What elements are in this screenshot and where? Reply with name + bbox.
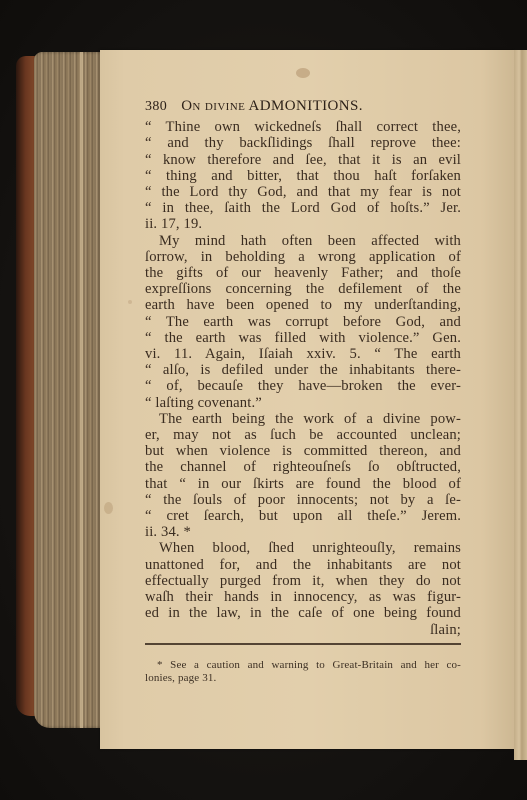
text-line: expreſſions concerning the defilement of…: [145, 281, 461, 297]
text-line: When blood, ſhed unrighteouſly, remains: [145, 540, 461, 556]
right-page-edge: [514, 50, 527, 760]
text-line: ii. 17, 19.: [145, 216, 461, 232]
text-line: “ alſo, is defiled under the inhabitants…: [145, 362, 461, 378]
footnote-line: lonies, page 31.: [145, 672, 461, 685]
foxing-spot: [128, 300, 132, 304]
footnote: * See a caution and warning to Great-Bri…: [145, 659, 461, 685]
text-line: ii. 34. *: [145, 524, 461, 540]
text-line: “ the ſouls of poor innocents; not by a …: [145, 492, 461, 508]
text-line: “ thing and bitter, that thou haſt forſa…: [145, 168, 461, 184]
page-number: 380: [145, 99, 167, 115]
text-line: waſh their hands in innocency, as was fi…: [145, 589, 461, 605]
text-line: “ laſting covenant.”: [145, 395, 461, 411]
text-line: ed in the law, in the caſe of one being …: [145, 605, 461, 621]
text-line: ſorrow, in beholding a wrong application…: [145, 249, 461, 265]
chapter-title: On divine ADMONITIONS.: [181, 98, 363, 114]
foxing-spot: [296, 68, 310, 78]
text-line: “ in thee, ſaith the Lord God of hoſts.”…: [145, 200, 461, 216]
text-line: the channel of righteouſneſs ſo obſtruct…: [145, 459, 461, 475]
text-line: “ the Lord thy God, and that my fear is …: [145, 184, 461, 200]
text-line: but when violence is committed thereon, …: [145, 443, 461, 459]
text-line: My mind hath often been affected with: [145, 233, 461, 249]
text-line: ſlain;: [145, 622, 461, 638]
text-line: earth have been opened to my underſtandi…: [145, 297, 461, 313]
body-text: “ Thine own wickedneſs ſhall correct the…: [145, 119, 461, 638]
foxing-spot: [104, 502, 113, 514]
running-head: 380 On divine ADMONITIONS.: [145, 98, 461, 115]
text-line: the gifts of our heavenly Father; and th…: [145, 265, 461, 281]
text-line: that “ in our ſkirts are found the blood…: [145, 476, 461, 492]
text-line: effectually purged from it, when they do…: [145, 573, 461, 589]
footnote-rule: [145, 643, 461, 645]
text-line: unattoned for, and the inhabitants are n…: [145, 557, 461, 573]
text-line: “ the earth was filled with violence.” G…: [145, 330, 461, 346]
footnote-line: * See a caution and warning to Great-Bri…: [145, 659, 461, 672]
text-line: “ The earth was corrupt before God, and: [145, 314, 461, 330]
text-line: “ cret ſearch, but upon all theſe.” Jere…: [145, 508, 461, 524]
text-line: “ know therefore and ſee, that it is an …: [145, 152, 461, 168]
text-line: The earth being the work of a divine pow…: [145, 411, 461, 427]
text-line: “ and thy backſlidings ſhall reprove the…: [145, 135, 461, 151]
page-text: 380 On divine ADMONITIONS. “ Thine own w…: [145, 98, 461, 685]
text-line: vi. 11. Again, Iſaiah xxiv. 5. “ The ear…: [145, 346, 461, 362]
text-line: er, may not as ſuch be accounted unclean…: [145, 427, 461, 443]
text-line: “ Thine own wickedneſs ſhall correct the…: [145, 119, 461, 135]
text-line: “ of, becauſe they have—broken the ever-: [145, 378, 461, 394]
